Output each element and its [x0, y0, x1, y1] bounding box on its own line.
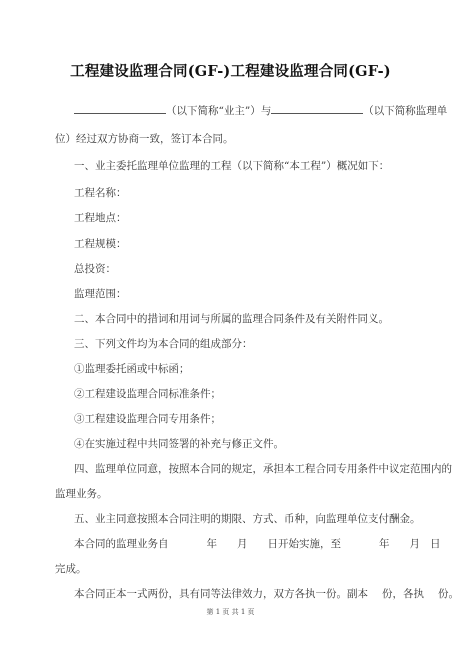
document-page: 工程建设监理合同(GF-)工程建设监理合同(GF-) （以下简称“业主”）与（以… — [0, 0, 461, 653]
clause-1: 一、业主委托监理单位监理的工程（以下简称“本工程”）概况如下： — [74, 158, 389, 173]
copies-line: 本合同正本一式两份，具有同等法律效力，双方各执一份。副本份，各执份。 — [74, 586, 459, 601]
clause-3: 三、下列文件均为本合同的组成部分： — [74, 336, 253, 351]
clause-2: 二、本合同中的措词和用词与所属的监理合同条件及有关附件同义。 — [74, 311, 389, 326]
copies-text-b: 份，各执 — [382, 588, 424, 600]
term-month-2: 月 — [410, 538, 421, 550]
clause-4-line-2: 监理业务。 — [55, 486, 108, 501]
document-item-4: ④在实施过程中共同签署的补充与修正文件。 — [74, 436, 284, 451]
page-number: 第 1 页 共 1 页 — [0, 607, 461, 617]
owner-blank — [74, 103, 166, 114]
term-month-1: 月 — [237, 538, 248, 550]
copies-text-c: 份。 — [438, 588, 459, 600]
field-project-scale: 工程规模： — [74, 236, 127, 251]
term-year-2: 年 — [379, 538, 390, 550]
field-supervision-scope: 监理范围： — [74, 286, 127, 301]
term-day-2: 日 — [430, 538, 441, 550]
field-total-investment: 总投资： — [74, 261, 116, 276]
document-item-3: ③工程建设监理合同专用条件； — [74, 411, 221, 426]
term-day-1: 日开始实施，至 — [268, 538, 342, 550]
term-line-2: 完成。 — [55, 561, 87, 576]
clause-5: 五、业主同意按照本合同注明的期限、方式、币种，向监理单位支付酬金。 — [74, 511, 421, 526]
document-item-2: ②工程建设监理合同标准条件； — [74, 386, 221, 401]
field-project-name: 工程名称： — [74, 185, 127, 200]
intro-text-1: （以下简称“业主”）与 — [166, 105, 271, 117]
document-item-1: ①监理委托函或中标函； — [74, 361, 190, 376]
intro-line-1: （以下简称“业主”）与（以下简称监理单 — [74, 103, 447, 118]
intro-line-2: 位）经过双方协商一致，签订本合同。 — [55, 131, 234, 146]
document-title: 工程建设监理合同(GF-)工程建设监理合同(GF-) — [0, 60, 461, 81]
field-project-location: 工程地点： — [74, 210, 127, 225]
term-year-1: 年 — [207, 538, 218, 550]
term-start-text: 本合同的监理业务自 — [74, 538, 169, 550]
term-line-1: 本合同的监理业务自年月日开始实施，至年月日 — [74, 536, 441, 551]
clause-4-line-1: 四、监理单位同意，按照本合同的规定，承担本工程合同专用条件中议定范围内的 — [74, 461, 452, 476]
copies-text-a: 本合同正本一式两份，具有同等法律效力，双方各执一份。副本 — [74, 588, 368, 600]
intro-text-2: （以下简称监理单 — [363, 105, 447, 117]
supervisor-blank — [271, 103, 363, 114]
